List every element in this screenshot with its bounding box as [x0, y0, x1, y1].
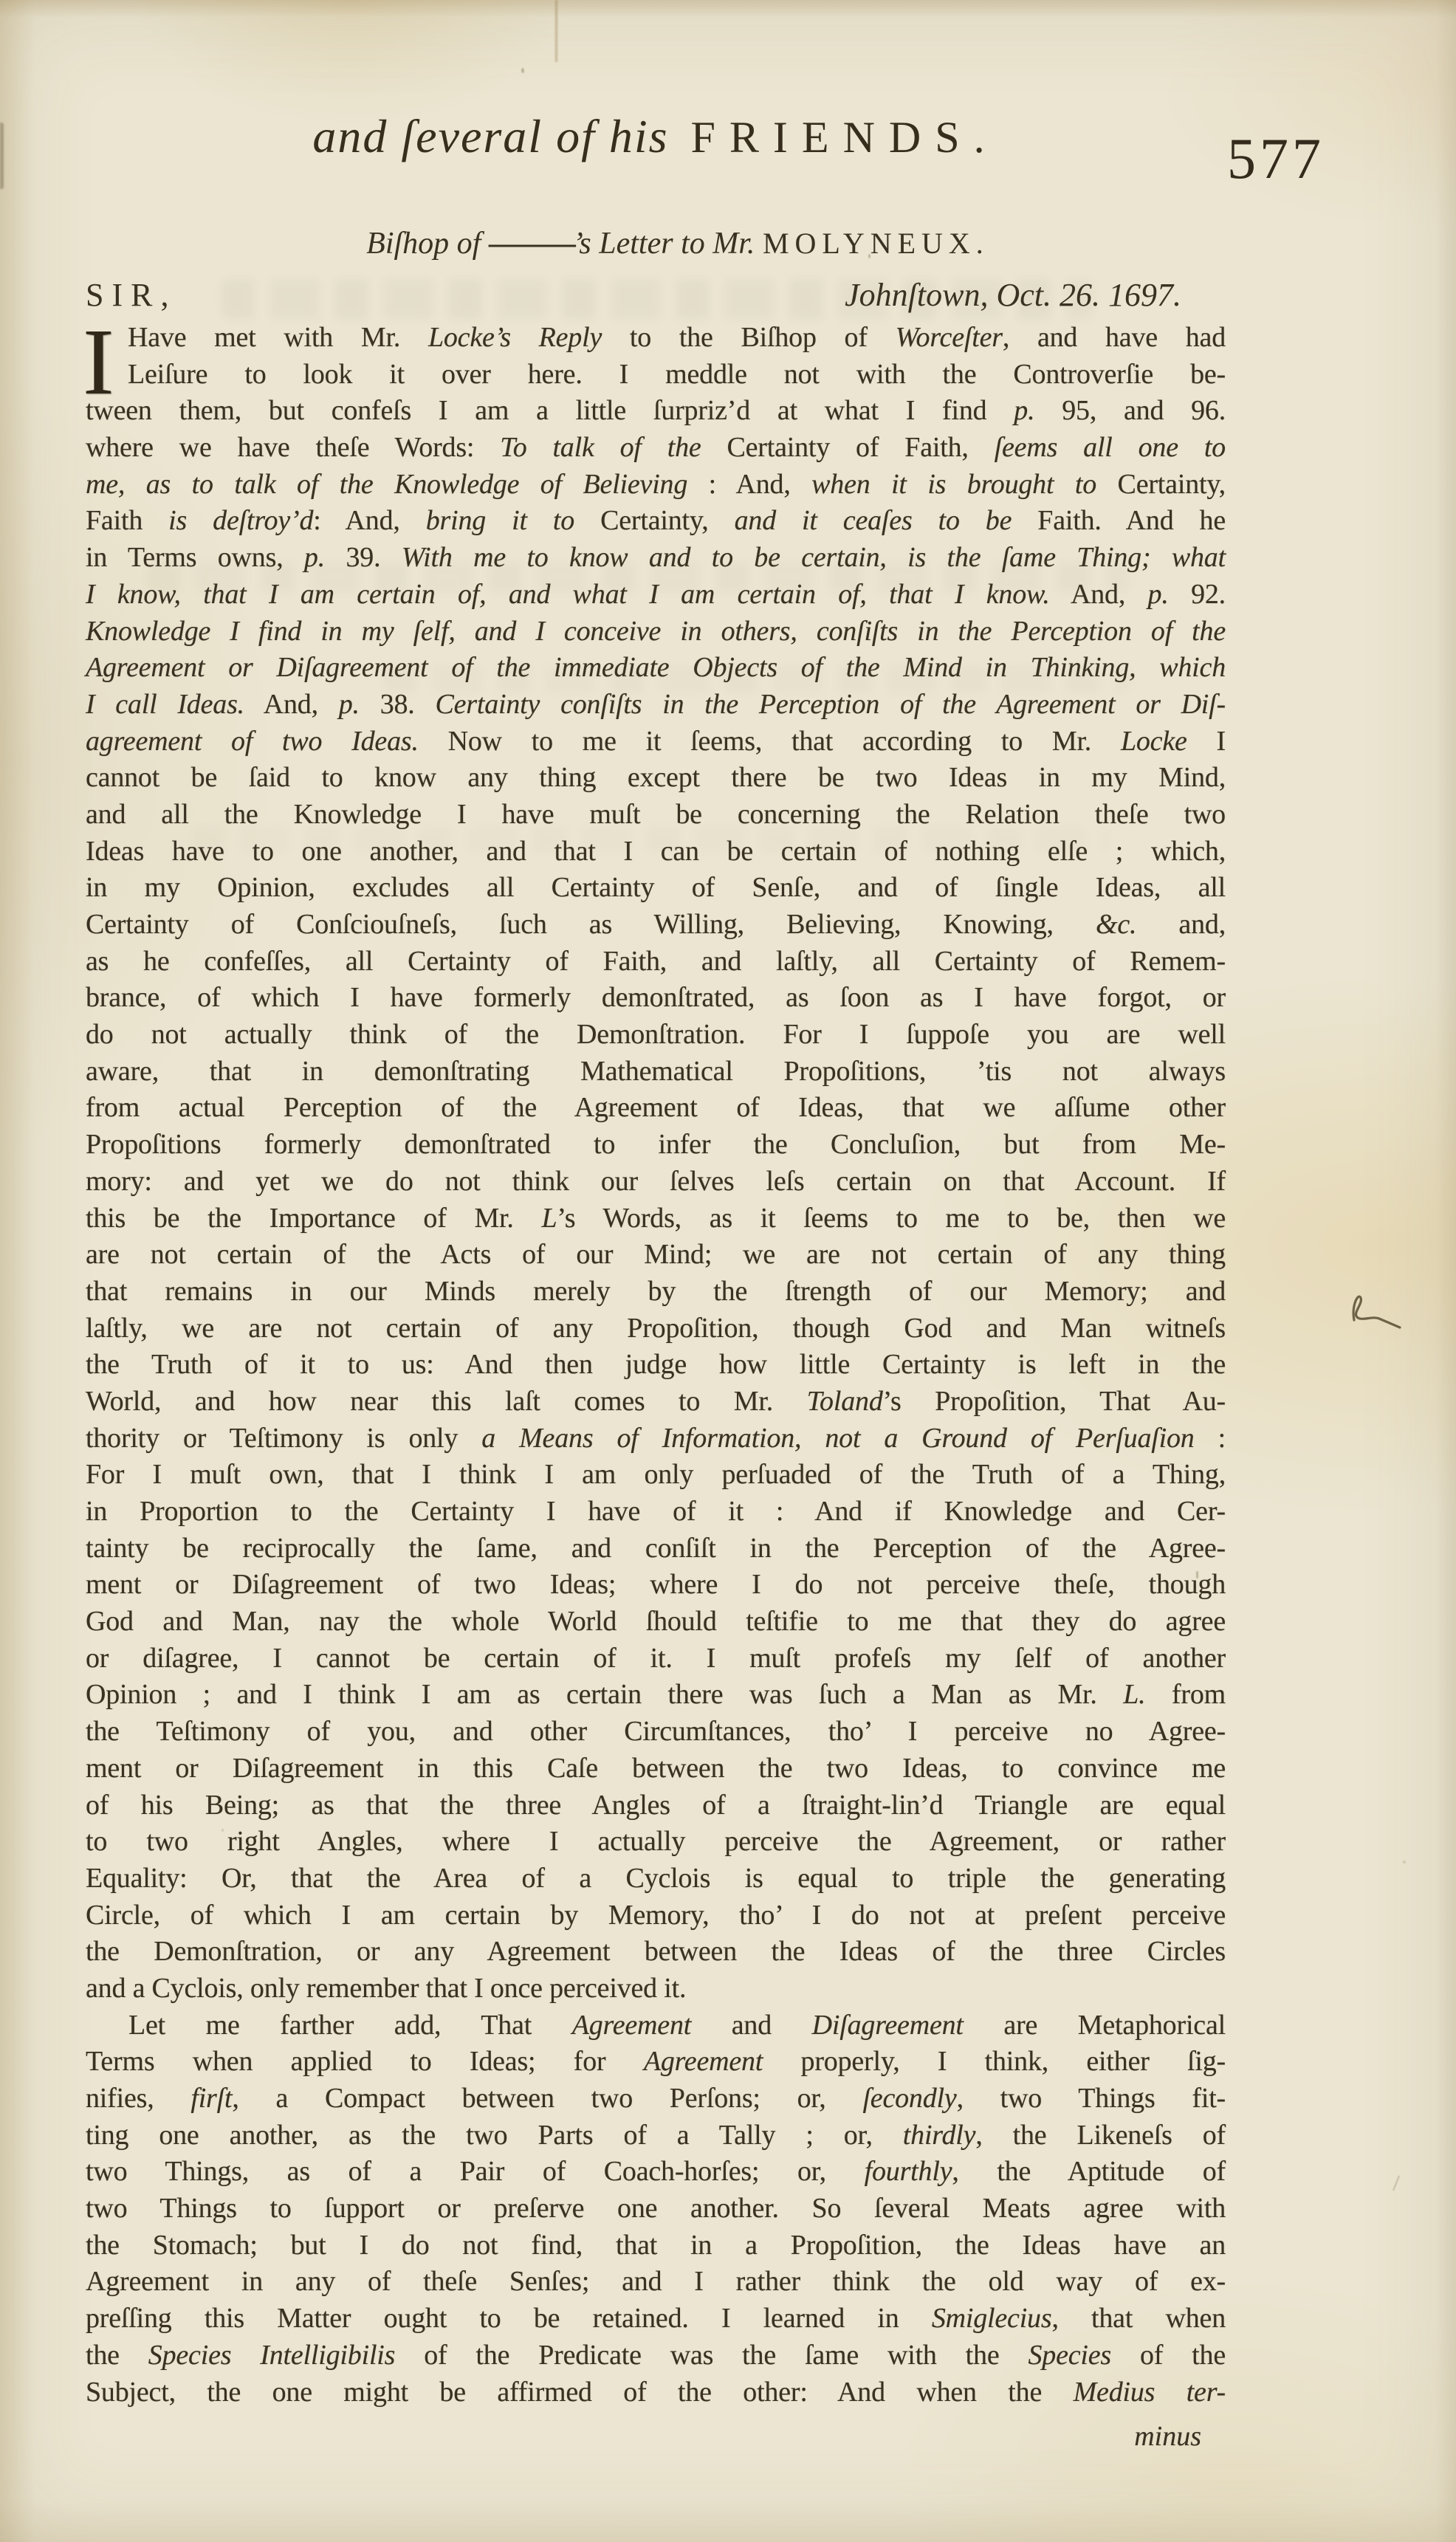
text-line: Agreement or Diſagreement of the immedia… — [86, 650, 1226, 687]
paper-fleck — [1403, 1861, 1406, 1863]
text-line: the Truth of it to us: And then judge ho… — [86, 1347, 1226, 1384]
letter-body: I Have met with Mr. Locke’s Reply to the… — [86, 320, 1226, 2411]
paper-fleck — [1393, 2175, 1400, 2191]
text-line: Agreement in any of theſe Senſes; and I … — [86, 2264, 1226, 2301]
text-line: ment or Diſagreement in this Caſe betwee… — [86, 1751, 1226, 1787]
text-line: nifies, firſt, a Compact between two Per… — [86, 2081, 1226, 2117]
running-header-caps: FRIENDS. — [691, 112, 999, 163]
text-line: where we have theſe Words: To talk of th… — [86, 430, 1226, 467]
text-line: or diſagree, I cannot be certain of it. … — [86, 1641, 1226, 1677]
text-line: cannot be ſaid to know any thing except … — [86, 760, 1226, 797]
dateline: Johnſtown, Oct. 26. 1697. — [845, 276, 1181, 314]
text-line: Leiſure to look it over here. I meddle n… — [128, 357, 1226, 394]
text-line: of his Being; as that the three Angles o… — [86, 1787, 1226, 1824]
paper-fleck — [1196, 1571, 1198, 1579]
text-line: Ideas have to one another, and that I ca… — [86, 834, 1226, 870]
text-line: the Demonſtration, or any Agreement betw… — [86, 1934, 1226, 1971]
text-line: this be the Importance of Mr. L’s Words,… — [86, 1200, 1226, 1237]
text-line: in Terms owns, p. 39. With me to know an… — [86, 540, 1226, 577]
text-line: tainty be reciprocally the ſame, and con… — [86, 1531, 1226, 1567]
text-line: in Proportion to the Certainty I have of… — [86, 1494, 1226, 1531]
paper-fleck — [521, 68, 524, 73]
text-line: Have met with Mr. Locke’s Reply to the B… — [128, 320, 1226, 357]
text-line: Propoſitions formerly demonſtrated to in… — [86, 1127, 1226, 1164]
scan-edge-mark — [0, 123, 4, 189]
text-line: do not actually think of the Demonſtrati… — [86, 1017, 1226, 1054]
running-header: and ſeveral of his FRIENDS. — [86, 109, 1226, 164]
paper-crease — [555, 0, 557, 62]
text-line: and all the Knowledge I have muſt be con… — [86, 797, 1226, 834]
book-page: and ſeveral of his FRIENDS. 577 Biſhop o… — [0, 0, 1456, 2542]
text-line: Subject, the one might be affirmed of th… — [86, 2374, 1226, 2411]
text-line: the Teſtimony of you, and other Circumſt… — [86, 1714, 1226, 1751]
text-line: brance, of which I have formerly demonſt… — [86, 980, 1226, 1017]
text-line: two Things to ſupport or preſerve one an… — [86, 2191, 1226, 2227]
running-header-italic: and ſeveral of his — [312, 109, 668, 164]
text-line: are not certain of the Acts of our Mind;… — [86, 1237, 1226, 1274]
page-number: 577 — [1227, 126, 1325, 192]
text-line: mory: and yet we do not think our ſelves… — [86, 1164, 1226, 1200]
text-line: the Species Intelligibilis of the Predic… — [86, 2337, 1226, 2374]
text-line: laſtly, we are not certain of any Propoſ… — [86, 1310, 1226, 1347]
text-line: tween them, but confeſs I am a little ſu… — [86, 393, 1226, 430]
text-line: For I muſt own, that I think I am only p… — [86, 1457, 1226, 1494]
text-line: Knowledge I find in my ſelf, and I conce… — [86, 614, 1226, 650]
paper-fleck — [222, 1829, 224, 1832]
text-line: ment or Diſagreement of two Ideas; where… — [86, 1567, 1226, 1604]
text-line: I call Ideas. And, p. 38. Certainty conſ… — [86, 687, 1226, 724]
text-line: God and Man, nay the whole World ſhould … — [86, 1604, 1226, 1641]
text-line: preſſing this Matter ought to be retaine… — [86, 2301, 1226, 2337]
drop-cap: I — [83, 315, 114, 409]
text-line: from actual Perception of the Agreement … — [86, 1090, 1226, 1127]
text-line: Terms when applied to Ideas; for Agreeme… — [86, 2044, 1226, 2081]
paper-fleck — [868, 254, 870, 258]
text-line: Circle, of which I am certain by Memory,… — [86, 1897, 1226, 1934]
text-line: and a Cyclois, only remember that I once… — [86, 1971, 1226, 2007]
text-line: aware, that in demonſtrating Mathematica… — [86, 1054, 1226, 1090]
text-line: the Stomach; but I do not find, that in … — [86, 2227, 1226, 2264]
text-line: Certainty of Conſciouſneſs, ſuch as Will… — [86, 907, 1226, 944]
text-line: ting one another, as the two Parts of a … — [86, 2117, 1226, 2154]
dropcap-block: I Have met with Mr. Locke’s Reply to the… — [86, 320, 1226, 393]
text-line: in my Opinion, excludes all Certainty of… — [86, 870, 1226, 907]
text-line: World, and how near this laſt comes to M… — [86, 1384, 1226, 1421]
text-line: Let me farther add, That Agreement and D… — [86, 2007, 1226, 2044]
text-line: to two right Angles, where I actually pe… — [86, 1824, 1226, 1861]
text-line: two Things, as of a Pair of Coach-horſes… — [86, 2154, 1226, 2191]
catchword: minus — [86, 2420, 1226, 2453]
text-line: that remains in our Minds merely by the … — [86, 1274, 1226, 1310]
salutation-row: SIR, Johnſtown, Oct. 26. 1697. — [86, 276, 1226, 314]
text-line: I know, that I am certain of, and what I… — [86, 577, 1226, 614]
text-line: Opinion ; and I think I am as certain th… — [86, 1677, 1226, 1714]
text-line: Faith is deſtroy’d: And, bring it to Cer… — [86, 503, 1226, 540]
salutation: SIR, — [86, 276, 176, 314]
text-line: as he confeſſes, all Certainty of Faith,… — [86, 944, 1226, 980]
text-line: thority or Teſtimony is only a Means of … — [86, 1421, 1226, 1457]
text-line: agreement of two Ideas. Now to me it ſee… — [86, 724, 1226, 760]
text-line: me, as to talk of the Knowledge of Belie… — [86, 467, 1226, 504]
text-line: Equality: Or, that the Area of a Cyclois… — [86, 1861, 1226, 1897]
margin-pen-mark — [1347, 1288, 1410, 1332]
letter-title: Biſhop of ———’s Letter to Mr. MOLYNEUX. — [86, 226, 1248, 261]
